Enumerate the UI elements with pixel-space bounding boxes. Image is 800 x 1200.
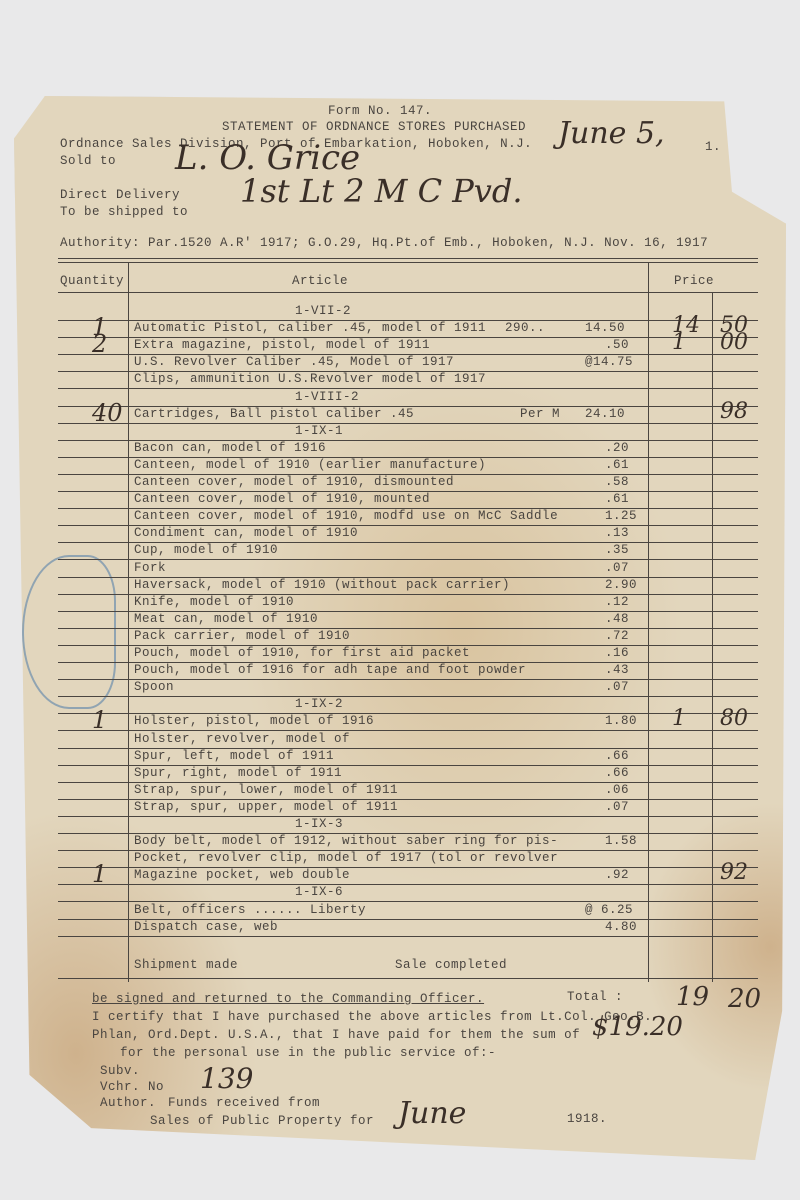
article-name: Dispatch case, web <box>134 920 278 934</box>
article-name: Cartridges, Ball pistol caliber .45 <box>134 407 414 421</box>
direct-delivery-label: Direct Delivery <box>60 188 180 202</box>
article-name: Bacon can, model of 1916 <box>134 441 326 455</box>
unit-price: .07 <box>605 800 629 814</box>
article-name: Belt, officers ...... Liberty <box>134 903 366 917</box>
shipment-made-label: Shipment made <box>134 958 238 972</box>
unit-price: .12 <box>605 595 629 609</box>
total-dollars: 19 <box>676 982 709 1012</box>
article-name: Extra magazine, pistol, model of 1911 <box>134 338 430 352</box>
unit-price: .20 <box>605 441 629 455</box>
subv-label: Subv. <box>100 1064 140 1078</box>
column-divider <box>648 262 649 982</box>
article-name: Knife, model of 1910 <box>134 595 294 609</box>
rule <box>58 262 758 263</box>
unit-price: .61 <box>605 458 629 472</box>
article-name: Magazine pocket, web double <box>134 868 350 882</box>
section-code: 1-IX-1 <box>295 424 343 438</box>
row-note: Per M <box>520 407 560 421</box>
row-rule <box>58 816 758 817</box>
unit-price: 1.25 <box>605 509 637 523</box>
voucher-number: 139 <box>200 1062 253 1095</box>
article-name: Canteen cover, model of 1910, mounted <box>134 492 430 506</box>
unit-price: .66 <box>605 766 629 780</box>
article-name: Canteen cover, model of 1910, modfd use … <box>134 509 558 523</box>
article-name: Strap, spur, lower, model of 1911 <box>134 783 398 797</box>
sold-to-label: Sold to <box>60 154 116 168</box>
article-name: Spur, left, model of 1911 <box>134 749 334 763</box>
unit-price: .06 <box>605 783 629 797</box>
author-label: Author. <box>100 1096 156 1110</box>
article-name: Pouch, model of 1910, for first aid pack… <box>134 646 470 660</box>
date-handwritten: June 5, <box>558 116 665 151</box>
unit-price: .07 <box>605 680 629 694</box>
unit-price: .66 <box>605 749 629 763</box>
article-name: Cup, model of 1910 <box>134 543 278 557</box>
funds-line-2: Sales of Public Property for <box>150 1114 374 1128</box>
column-header-quantity: Quantity <box>60 274 124 288</box>
rule <box>58 978 758 979</box>
price-dollars: 1 <box>672 330 686 355</box>
unit-price: .61 <box>605 492 629 506</box>
form-title: STATEMENT OF ORDNANCE STORES PURCHASED <box>222 120 526 134</box>
total-label: Total : <box>567 990 623 1004</box>
column-divider <box>128 262 129 982</box>
voucher-label: Vchr. No <box>100 1080 164 1094</box>
section-code: 1-IX-3 <box>295 817 343 831</box>
unit-price: .43 <box>605 663 629 677</box>
article-name: Canteen cover, model of 1910, dismounted <box>134 475 454 489</box>
article-name: Holster, revolver, model of <box>134 732 350 746</box>
unit-price: .50 <box>605 338 629 352</box>
ink-stamp <box>22 555 116 709</box>
quantity: 2 <box>92 330 107 358</box>
row-rule <box>58 696 758 697</box>
unit-price: @ 6.25 <box>585 903 633 917</box>
date-year-fragment: 1. <box>705 140 721 154</box>
article-name: U.S. Revolver Caliber .45, Model of 1917 <box>134 355 454 369</box>
article-name: Clips, ammunition U.S.Revolver model of … <box>134 372 486 386</box>
row-rule <box>58 423 758 424</box>
return-note: be signed and returned to the Commanding… <box>92 992 484 1006</box>
section-code: 1-VII-2 <box>295 304 351 318</box>
certify-line-2: Phlan, Ord.Dept. U.S.A., that I have pai… <box>92 1028 580 1042</box>
sale-completed-label: Sale completed <box>395 958 507 972</box>
column-header-article: Article <box>292 274 348 288</box>
unit-price: 4.80 <box>605 920 637 934</box>
article-name: Spur, right, model of 1911 <box>134 766 342 780</box>
funds-line-1: Funds received from <box>168 1096 320 1110</box>
article-name: Canteen, model of 1910 (earlier manufact… <box>134 458 486 472</box>
article-name: Haversack, model of 1910 (without pack c… <box>134 578 510 592</box>
unit-price: .92 <box>605 868 629 882</box>
rule <box>58 258 758 259</box>
funds-year: 1918. <box>567 1112 607 1126</box>
row-rule <box>58 936 758 937</box>
row-rule <box>58 884 758 885</box>
column-divider <box>712 292 713 982</box>
quantity: 40 <box>92 399 123 427</box>
unit-price: 24.10 <box>585 407 625 421</box>
rank-unit-handwritten: 1st Lt 2 M C Pvd. <box>240 172 522 210</box>
section-code: 1-IX-6 <box>295 885 343 899</box>
quantity: 1 <box>92 860 107 888</box>
total-cents: 20 <box>728 984 761 1014</box>
unit-price: 2.90 <box>605 578 637 592</box>
unit-price: .48 <box>605 612 629 626</box>
article-name: Condiment can, model of 1910 <box>134 526 358 540</box>
price-cents: 92 <box>720 860 748 885</box>
price-dollars: 1 <box>672 706 686 731</box>
rule <box>58 292 758 293</box>
article-name: Fork <box>134 561 166 575</box>
form-number: Form No. 147. <box>328 104 432 118</box>
price-cents: 00 <box>720 330 748 355</box>
article-name: Pocket, revolver clip, model of 1917 (to… <box>134 851 558 865</box>
article-name: Holster, pistol, model of 1916 <box>134 714 374 728</box>
quantity: 1 <box>92 706 107 734</box>
section-code: 1-VIII-2 <box>295 390 359 404</box>
article-name: Strap, spur, upper, model of 1911 <box>134 800 398 814</box>
unit-price: 14.50 <box>585 321 625 335</box>
authority-line: Authority: Par.1520 A.R' 1917; G.O.29, H… <box>60 236 708 250</box>
article-name: Pouch, model of 1916 for adh tape and fo… <box>134 663 526 677</box>
unit-price: @14.75 <box>585 355 633 369</box>
unit-price: .35 <box>605 543 629 557</box>
row-note: 290.. <box>505 321 545 335</box>
unit-price: .58 <box>605 475 629 489</box>
funds-month-handwritten: June <box>398 1096 466 1131</box>
unit-price: 1.80 <box>605 714 637 728</box>
unit-price: .07 <box>605 561 629 575</box>
price-cents: 98 <box>720 399 748 424</box>
article-name: Spoon <box>134 680 174 694</box>
certify-line-3: for the personal use in the public servi… <box>120 1046 496 1060</box>
unit-price: .16 <box>605 646 629 660</box>
unit-price: 1.58 <box>605 834 637 848</box>
column-header-price: Price <box>674 274 714 288</box>
section-code: 1-IX-2 <box>295 697 343 711</box>
sum-handwritten: $19.20 <box>592 1012 683 1042</box>
unit-price: .72 <box>605 629 629 643</box>
article-name: Pack carrier, model of 1910 <box>134 629 350 643</box>
article-name: Body belt, model of 1912, without saber … <box>134 834 558 848</box>
article-name: Automatic Pistol, caliber .45, model of … <box>134 321 486 335</box>
shipped-to-label: To be shipped to <box>60 205 188 219</box>
row-rule <box>58 388 758 389</box>
unit-price: .13 <box>605 526 629 540</box>
article-name: Meat can, model of 1910 <box>134 612 318 626</box>
price-cents: 80 <box>720 706 748 731</box>
certify-line-1: I certify that I have purchased the abov… <box>92 1010 652 1024</box>
